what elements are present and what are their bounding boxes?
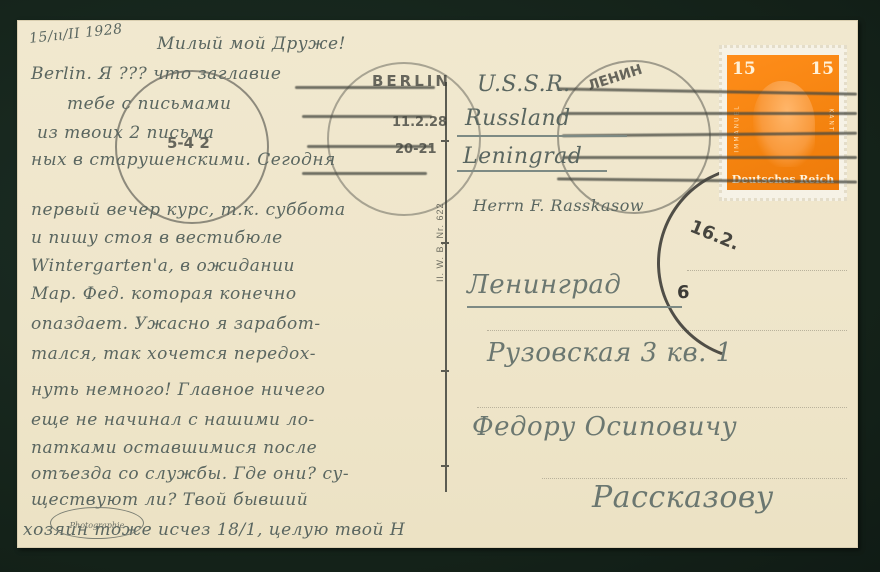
message-line: Wintergarten'а, в ожидании	[31, 256, 295, 276]
postage-stamp: 15 15 IMMANUEL KANT Deutsches Reich	[719, 45, 847, 201]
stamp-value-left: 15	[732, 59, 756, 79]
address-street: Рузовская 3 кв. 1	[487, 338, 733, 368]
address-underline	[467, 306, 682, 308]
message-line: ных в старушенскими. Сегодня	[31, 150, 336, 170]
address-recipient-last: Рассказову	[592, 480, 774, 515]
address-line-3	[477, 407, 847, 408]
message-line: и пишу стоя в вестибюле	[31, 228, 283, 248]
address-underline	[457, 170, 607, 172]
cancel-line	[307, 145, 432, 148]
message-line: тался, так хочется передох-	[31, 344, 316, 364]
postcard: Il. W. B. Nr. 622 5-4 2 BERLIN 11.2.28 2…	[17, 20, 858, 548]
cancel-line	[562, 156, 857, 159]
divider-tick	[441, 370, 449, 372]
cancel-line	[302, 172, 427, 175]
address-city-latin-2: Leningrad	[463, 144, 582, 169]
message-line: Мар. Фед. которая конечно	[31, 284, 297, 304]
address-underline	[457, 135, 627, 137]
stamp-value-right: 15	[810, 59, 834, 79]
divider-tick	[441, 465, 449, 467]
message-line: опаздает. Ужасно я заработ-	[31, 314, 321, 334]
message-line: первый вечер курс, т.к. суббота	[31, 200, 346, 220]
address-city: Ленинград	[467, 270, 621, 300]
message-line: тебе с письмами	[67, 94, 231, 114]
photographer-studio-stamp: Photographie	[50, 507, 144, 539]
message-salutation: Милый мой Друже!	[157, 34, 346, 54]
address-line-4	[542, 478, 847, 479]
postmark-arrival-code: 6	[677, 282, 690, 303]
printer-mark: Il. W. B. Nr. 622	[435, 202, 445, 282]
address-recipient-latin: Herrn F. Rasskasow	[473, 196, 644, 215]
message-line: еще не начинал с нашими ло-	[31, 410, 315, 430]
stamp-face: 15 15 IMMANUEL KANT Deutsches Reich	[727, 55, 839, 190]
message-line: отъезда со службы. Где они? су-	[31, 464, 349, 484]
address-city-latin: Russland	[465, 106, 571, 131]
cancel-line	[295, 86, 435, 89]
address-recipient-first: Федору Осиповичу	[472, 412, 737, 442]
message-line: нуть немного! Главное ничего	[31, 380, 325, 400]
message-line: ществуют ли? Твой бывший	[31, 490, 308, 510]
message-line: Berlin. Я ??? что заглавие	[31, 64, 281, 84]
cancel-line	[562, 112, 857, 115]
studio-stamp-text: Photographie	[51, 521, 143, 530]
message-line: патками оставшимися после	[31, 438, 317, 458]
cancel-line	[302, 115, 432, 118]
message-date: 15/ıı/II 1928	[28, 21, 123, 47]
address-country: U.S.S.R.	[477, 72, 571, 97]
message-line: из твоих 2 письма	[37, 123, 214, 143]
